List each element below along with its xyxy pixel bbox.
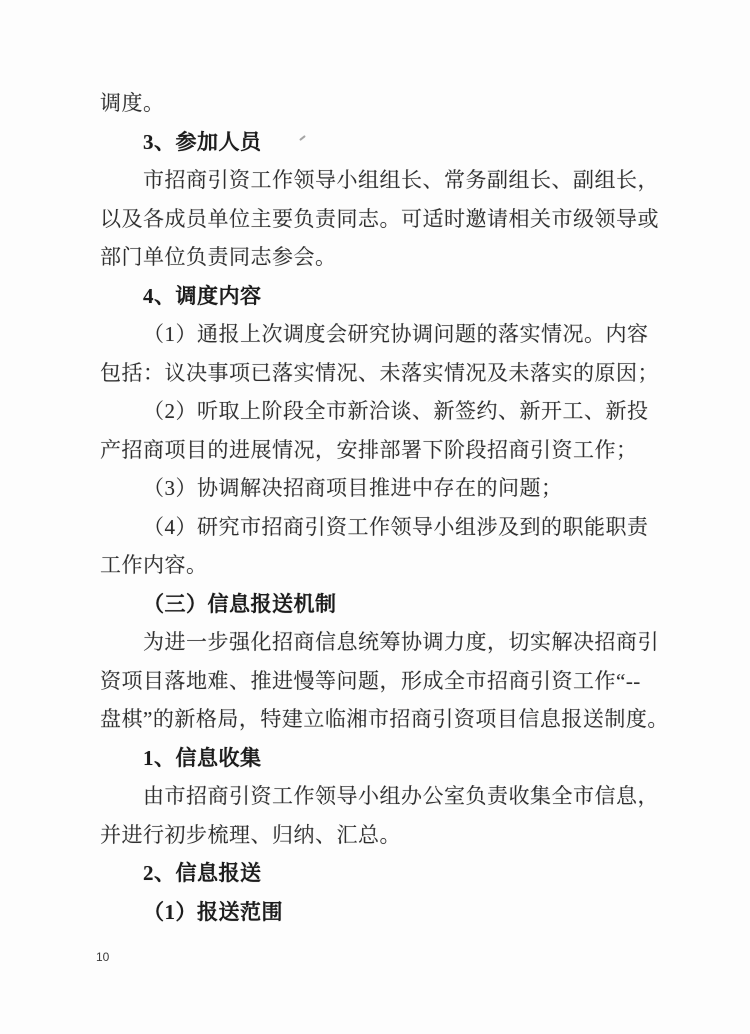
text-line: 包括：议决事项已落实情况、未落实情况及未落实的原因； <box>100 354 656 393</box>
text-line: 调度。 <box>100 84 656 123</box>
text-line: 为进一步强化招商信息统筹协调力度，切实解决招商引 <box>100 623 656 662</box>
text-line: 以及各成员单位主要负责同志。可适时邀请相关市级领导或 <box>100 200 656 239</box>
heading-line: 3、参加人员 <box>100 123 656 162</box>
text-line: （4）研究市招商引资工作领导小组涉及到的职能职责 <box>100 508 656 547</box>
heading-line: 4、调度内容 <box>100 277 656 316</box>
text-line: 工作内容。 <box>100 546 656 585</box>
heading-line: （1）报送范围 <box>100 893 656 932</box>
page-number: 10 <box>96 950 109 964</box>
heading-line: 1、信息收集 <box>100 739 656 778</box>
text-line: （3）协调解决招商项目推进中存在的问题； <box>100 469 656 508</box>
text-line: 盘棋”的新格局，特建立临湘市招商引资项目信息报送制度。 <box>100 700 656 739</box>
text-line: 资项目落地难、推进慢等问题，形成全市招商引资工作“-- <box>100 662 656 701</box>
text-line: 由市招商引资工作领导小组办公室负责收集全市信息， <box>100 777 656 816</box>
text-line: 部门单位负责同志参会。 <box>100 238 656 277</box>
heading-line: （三）信息报送机制 <box>100 585 656 624</box>
document-body: 调度。3、参加人员市招商引资工作领导小组组长、常务副组长、副组长，以及各成员单位… <box>100 84 656 931</box>
text-line: （1）通报上次调度会研究协调问题的落实情况。内容 <box>100 315 656 354</box>
heading-line: 2、信息报送 <box>100 854 656 893</box>
text-line: 并进行初步梳理、归纳、汇总。 <box>100 816 656 855</box>
text-line: 市招商引资工作领导小组组长、常务副组长、副组长， <box>100 161 656 200</box>
text-line: （2）听取上阶段全市新洽谈、新签约、新开工、新投 <box>100 392 656 431</box>
document-page: 调度。3、参加人员市招商引资工作领导小组组长、常务副组长、副组长，以及各成员单位… <box>0 0 750 1034</box>
text-line: 产招商项目的进展情况，安排部署下阶段招商引资工作； <box>100 431 656 470</box>
